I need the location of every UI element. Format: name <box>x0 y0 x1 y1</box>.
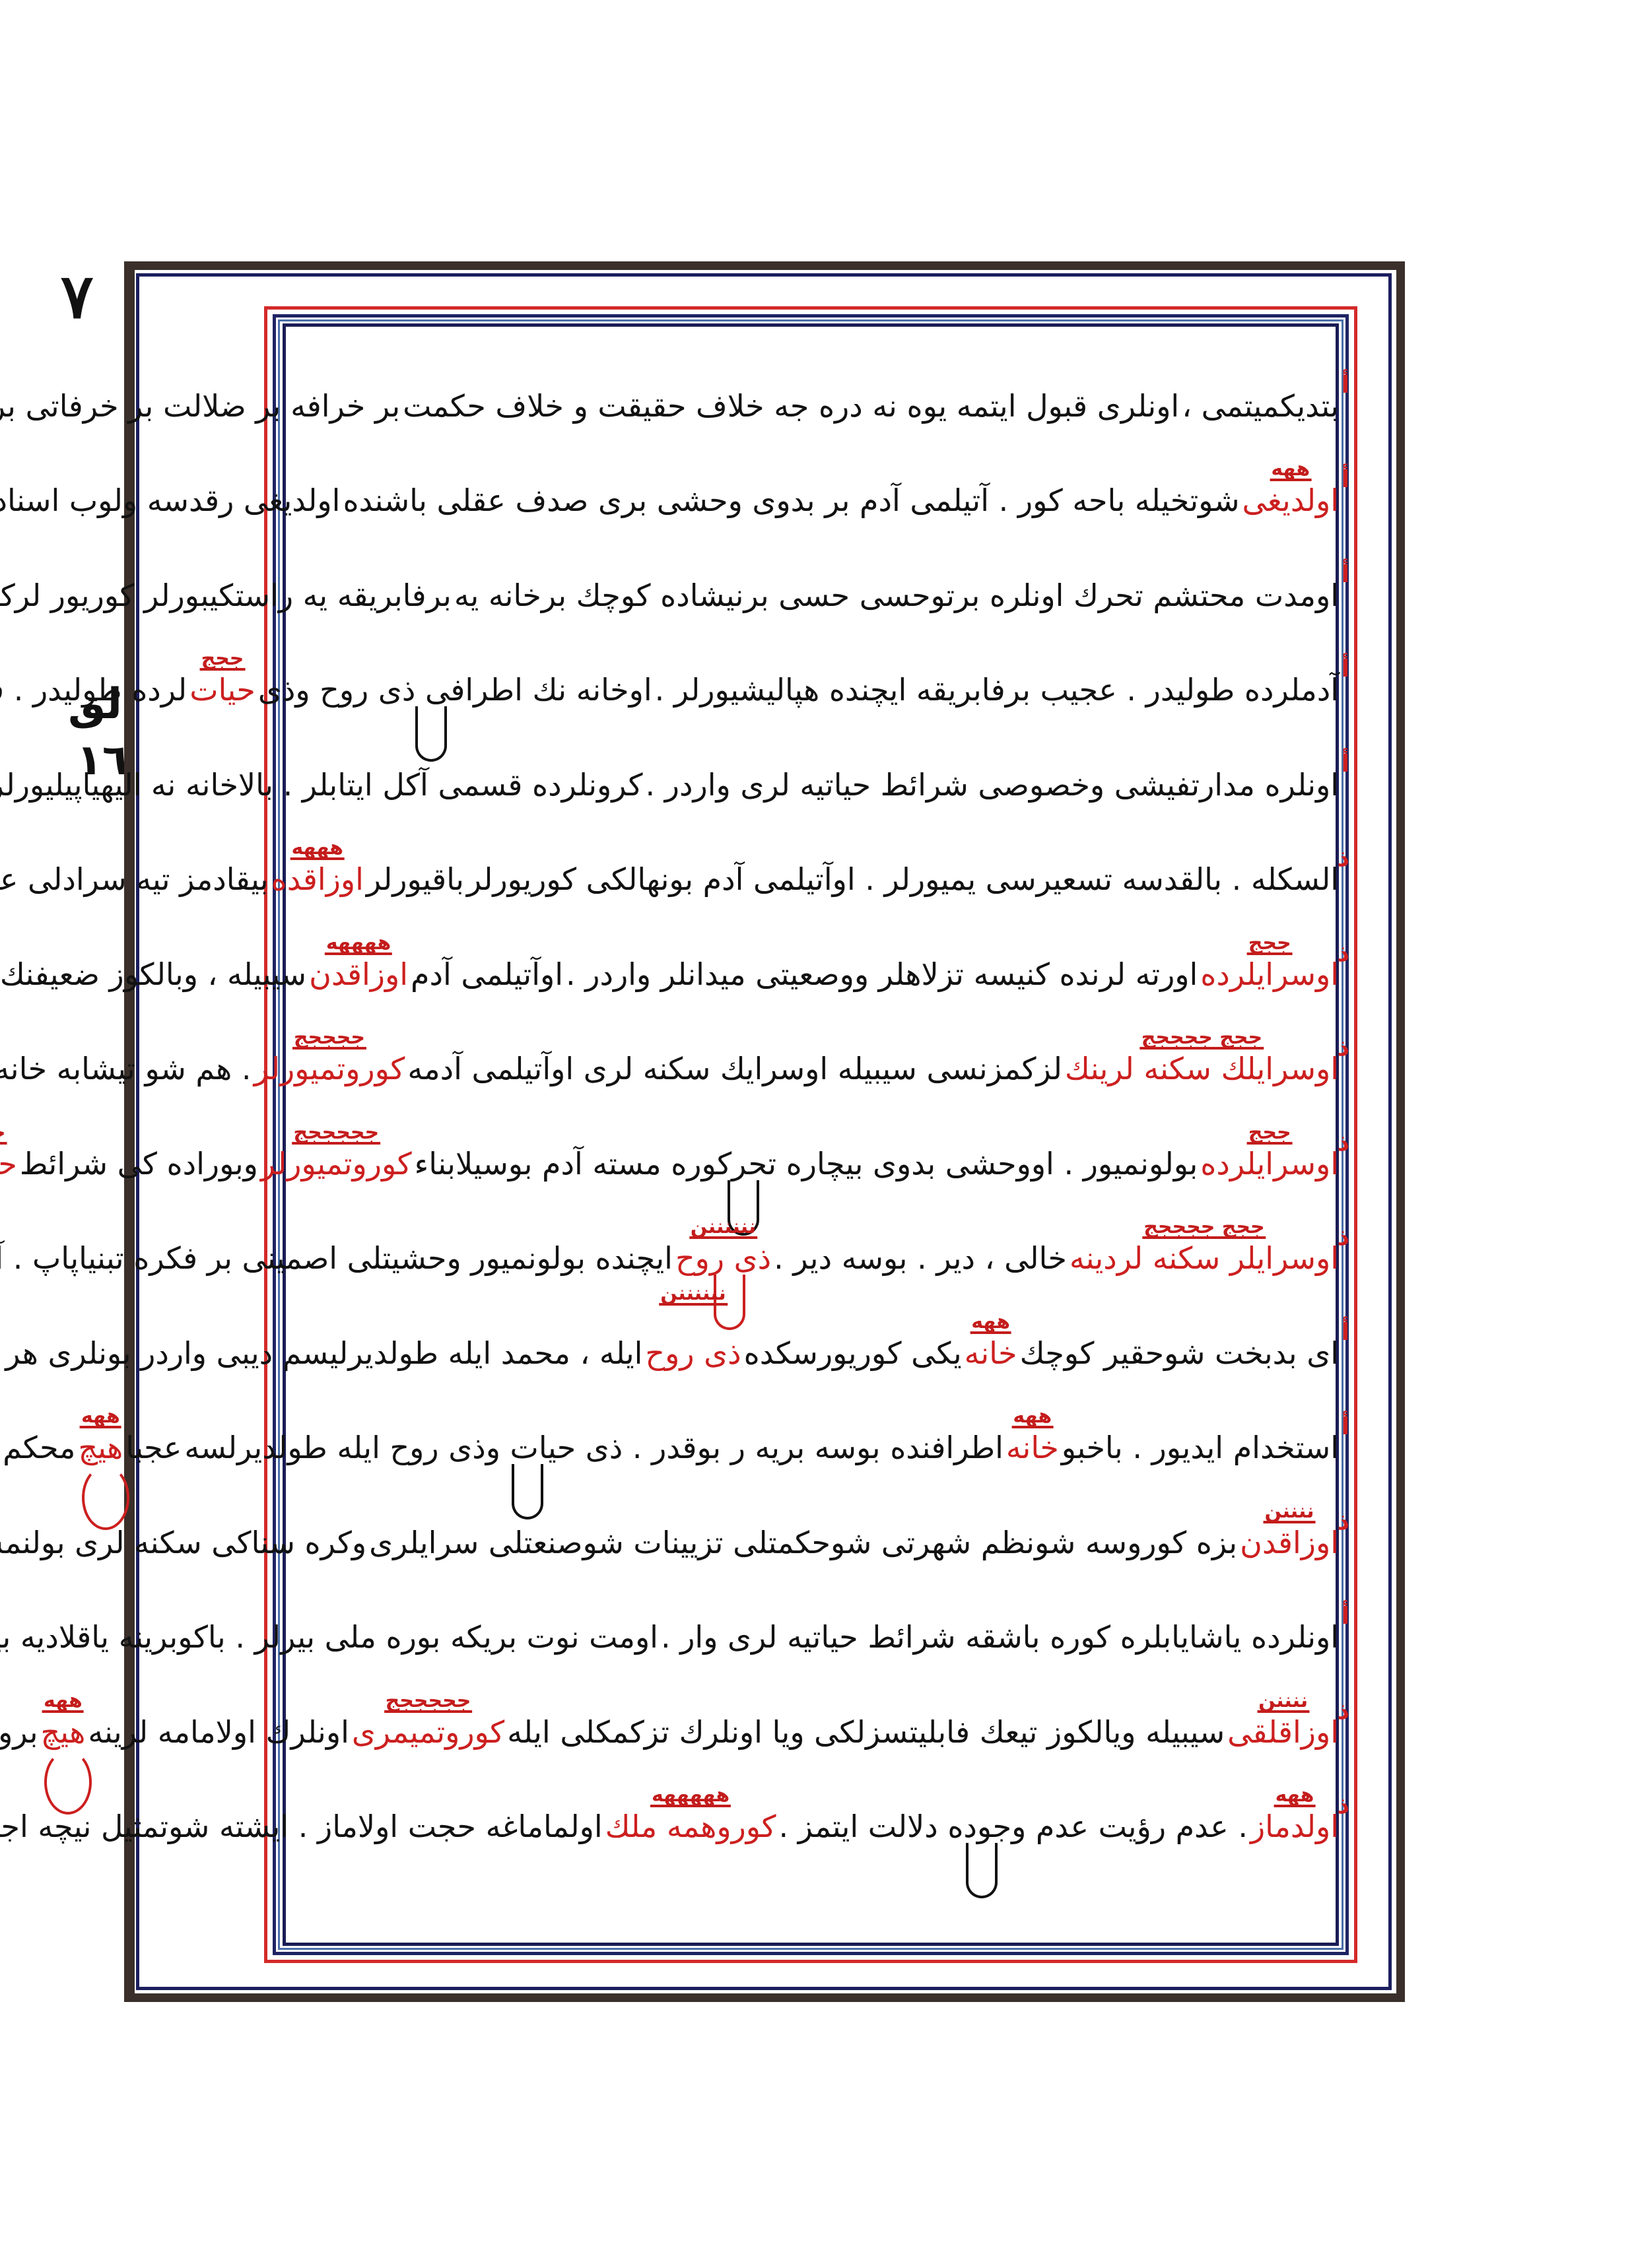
segment-text: اوزاقلقی <box>1227 1714 1339 1750</box>
segment-text: اوسرایلرده <box>1200 1146 1339 1182</box>
segment-text: لزکمزنسی سیبیله اوسرایك سکنه لری اوآتیلم… <box>407 1051 1062 1086</box>
segment-text: بتدیکمیتمی ، <box>1182 388 1339 424</box>
segment-text: حیات <box>189 672 255 708</box>
text-segment: خالی ، دیر . بوسه دیر . <box>772 1243 1068 1273</box>
segment-text: خانه <box>1006 1430 1059 1465</box>
text-segment: السکله . بالقدسه تسعیرسی یمیورلر . اوآتی… <box>465 864 1340 894</box>
text-line: اوسرایلردهذجججبولونمیور . اووحشی بدوی بی… <box>218 1101 1340 1196</box>
segment-text: اوزاقدن <box>1240 1525 1339 1560</box>
rubricated-word: اولدمازذههه <box>1249 1811 1340 1842</box>
segment-text: اوسرایلرده <box>1200 956 1339 992</box>
segment-text: سیبیله ، وبالکوز ضعیفنك کیلیله ویا <box>0 956 306 992</box>
red-overline-ornament-icon: هههههه <box>650 1786 731 1807</box>
red-line-marker-icon: ذ <box>1338 1036 1349 1060</box>
folio-number: ٧ <box>61 261 93 332</box>
red-line-marker-icon: أ <box>1342 468 1349 492</box>
rubricated-word: اوسرایلك سکنه لرینكذججج ججججج <box>1064 1053 1340 1084</box>
text-line-content: بتدیکمیتمی ،أاونلری قبول ایتمه یوه نه در… <box>218 391 1340 421</box>
red-line-marker-icon: أ <box>1342 1321 1349 1345</box>
text-segment: اونلره مدارتفیشی وخصوصی شرائط حیاتیه لری… <box>644 770 1340 800</box>
rubricated-word: اوسرایلردهذججج <box>1199 1149 1340 1179</box>
rubricated-word: کوروتمیمریجججججج <box>351 1717 506 1747</box>
rubricated-word: کوروتمیورلرججججج <box>253 1053 407 1084</box>
segment-text: کرونلرده قسمی آکل ایتابلر . بالاخانه نه … <box>0 767 643 803</box>
red-overline-ornament-icon: ججج <box>0 1123 7 1145</box>
segment-text: بزه کوروسه شونظم شهرتی شوحکمتلی تزیینات … <box>369 1525 1237 1560</box>
manuscript-text-block: بتدیکمیتمی ،أاونلری قبول ایتمه یوه نه در… <box>218 343 1340 1859</box>
segment-text: بولونمیور . اووحشی بدوی بیچاره تحرکوره م… <box>415 1146 1198 1182</box>
segment-text: کوروتمیورلر <box>261 1146 412 1182</box>
segment-text: آدملرده طولیدر . عجیب برفابریقه ایچنده ه… <box>655 672 1339 708</box>
text-segment: لزکمزنسی سیبیله اوسرایك سکنه لری اوآتیلم… <box>406 1053 1064 1084</box>
red-line-marker-icon: ذ <box>1338 1700 1349 1723</box>
segment-text: اوسرایلك سکنه لرینك <box>1065 1051 1339 1086</box>
red-overline-ornament-icon: ججج <box>1247 934 1293 955</box>
segment-text: ای بدبخت شوحقیر کوچك <box>1020 1335 1339 1371</box>
text-line-content: اولدیغیأهههشوتخیله باحه کور . آتیلمی آدم… <box>218 485 1340 516</box>
segment-text: وکره سناکی سکنه لری بولنمسه ایله اوسرایل… <box>0 1525 366 1560</box>
red-overline-ornament-icon: جججججج <box>292 1123 380 1145</box>
text-segment: بروقت دلیل <box>0 1717 40 1747</box>
text-segment: سیبیله ویالکوز تیعك فابلیتسزلکی ویا اونل… <box>506 1717 1226 1747</box>
red-overline-ornament-icon: جججججج <box>384 1692 473 1713</box>
text-segment: ایله ، محمد ایله طولدیرلیسم دیبی واردر ب… <box>0 1338 644 1368</box>
segment-text: اونلرك اولامامه لرینه <box>88 1714 349 1750</box>
segment-text: السکله . بالقدسه تسعیرسی یمیورلر . اوآتی… <box>467 861 1339 897</box>
rubricated-word: ذی روحننننننن <box>674 1243 772 1273</box>
segment-text: هیچ <box>41 1714 86 1750</box>
text-line: اومدت محتشم تحرك اونلره برتوحسی حسی برنی… <box>218 533 1340 628</box>
red-overline-ornament-icon: ججج ججججج <box>1140 1028 1264 1050</box>
red-overline-ornament-icon: ههه <box>1011 1407 1053 1428</box>
segment-text: اولدیغی رقدسه ولوب اسنادبولنمی جسمانی بر… <box>0 483 340 518</box>
rubricated-word: اولدیغیأههه <box>1241 485 1341 516</box>
segment-text: استخدام ایدیور . باخبو <box>1062 1430 1339 1465</box>
text-line: السکله . بالقدسه تسعیرسی یمیورلر . اوآتی… <box>218 817 1340 912</box>
text-segment: وبوراده کی شرائط <box>18 1149 259 1179</box>
text-line-content: اوسرایلك سکنه لرینكذججج جججججلزکمزنسی سی… <box>218 1053 1340 1084</box>
red-line-marker-icon: أ <box>1342 374 1349 397</box>
text-line-content: اولدمازذههه. عدم رؤیت عدم وجوده دلالت ای… <box>218 1811 1340 1842</box>
text-segment: باقیورلر <box>365 864 465 894</box>
text-segment: اونلرك اولامامه لرینه <box>86 1717 351 1747</box>
segment-text: اوخانه نك اطرافی ذی روح وذی <box>258 672 652 708</box>
red-overline-ornament-icon: ننننننن <box>689 1218 758 1239</box>
red-overline-ornament-icon: ججج ججججج <box>1142 1218 1266 1239</box>
descender-loop-stroke-icon <box>966 1843 998 1898</box>
segment-text: ذی روح <box>645 1335 741 1371</box>
text-segment: اطرافنده بوسه بریه ر بوقدر . ذی حیات وذی… <box>183 1432 1005 1463</box>
text-line: اونلرده یاشایابلره کوره باشقه شرائط حیات… <box>218 1575 1340 1670</box>
red-overline-ornament-icon: ههه <box>80 1407 121 1428</box>
segment-text: اولدماز <box>1250 1809 1339 1844</box>
text-line: اوسرایلردهذجججاورته لرنده کنیسه تزلاهلر … <box>218 912 1340 1007</box>
red-overline-ornament-icon: ههه <box>42 1692 84 1713</box>
segment-text: کوروهمه ملك <box>605 1809 776 1844</box>
text-line: استخدام ایدیور . باخبوأخانههههاطرافنده ب… <box>218 1385 1340 1481</box>
text-line-content: اوزاقلقیذنننننسیبیله ویالکوز تیعك فابلیت… <box>218 1717 1340 1747</box>
text-segment: اونلرده یاشایابلره کوره باشقه شرائط حیات… <box>660 1622 1340 1652</box>
text-line-content: اونلره مدارتفیشی وخصوصی شرائط حیاتیه لری… <box>218 770 1340 800</box>
segment-text: اونلرده یاشایابلره کوره باشقه شرائط حیات… <box>661 1619 1339 1655</box>
red-line-marker-icon: ذ <box>1338 1131 1349 1155</box>
segment-text: کوروتمیورلر <box>254 1051 405 1086</box>
red-line-marker-icon: ذ <box>1338 1226 1349 1250</box>
rubricated-word: خانهههه <box>963 1338 1019 1368</box>
segment-text: یکی کوریورسکده <box>744 1335 962 1371</box>
rubricated-word: کوروهمه ملكهههههه <box>604 1811 778 1842</box>
text-line: اوسرایلر سکنه لردینهذججج جججججخالی ، دیر… <box>218 1196 1340 1291</box>
segment-text: اوزاقده <box>271 861 364 897</box>
red-overline-ornament-icon: ههه <box>970 1313 1011 1334</box>
text-segment: بیقادمز تیه سرادلی عالی قصرلر کوروتوی . <box>0 864 270 894</box>
segment-text: اومدت محتشم تحرك اونلره برتوحسی حسی برنی… <box>454 578 1339 613</box>
text-segment: کرونلرده قسمی آکل ایتابلر . بالاخانه نه … <box>0 770 644 800</box>
text-line-content: آدملرده طولیدر . عجیب برفابریقه ایچنده ه… <box>218 675 1340 705</box>
text-line-content: ای بدبخت شوحقیر کوچكأخانههههیکی کوریورسک… <box>218 1338 1340 1368</box>
segment-text: اونلری قبول ایتمه یوه نه دره جه خلاف حقی… <box>403 388 1179 424</box>
segment-text: خانه <box>965 1335 1017 1371</box>
segment-text: لرده طولیدر . فقط <box>0 672 187 708</box>
text-line: اولدمازذههه. عدم رؤیت عدم وجوده دلالت ای… <box>218 1764 1340 1859</box>
red-overline-ornament-icon: ننننن <box>1264 1502 1316 1523</box>
text-segment: وکره سناکی سکنه لری بولنمسه ایله اوسرایل… <box>0 1527 368 1558</box>
segment-text: برفابریقه یه راستکیبورلر کوریور لرکه اوخ… <box>0 578 452 613</box>
segment-text: سیبیله ویالکوز تیعك فابلیتسزلکی ویا اونل… <box>507 1714 1225 1750</box>
text-segment: اونلری قبول ایتمه یوه نه دره جه خلاف حقی… <box>401 391 1180 421</box>
text-segment: اومدت محتشم تحرك اونلره برتوحسی حسی برنی… <box>453 580 1340 611</box>
text-line: اونلره مدارتفیشی وخصوصی شرائط حیاتیه لری… <box>218 722 1340 817</box>
segment-text: بروقت دلیل <box>0 1714 38 1750</box>
text-segment: . عدم رؤیت عدم وجوده دلالت ایتمز . <box>777 1811 1248 1842</box>
text-line-content: اوسرایلر سکنه لردینهذججج جججججخالی ، دیر… <box>218 1243 1340 1273</box>
text-line-content: السکله . بالقدسه تسعیرسی یمیورلر . اوآتی… <box>218 864 1340 894</box>
red-overline-ornament-icon: هههه <box>290 839 345 860</box>
text-segment: شوتخیله باحه کور . آتیلمی آدم بر بدوی وح… <box>341 485 1241 516</box>
text-segment: عجبا <box>124 1432 183 1463</box>
text-segment: . هم شو تیشابه خانه ده کی شرائط حیاتیه <box>0 1053 253 1084</box>
text-line: اوزاقلقیذنننننسیبیله ویالکوز تیعك فابلیت… <box>218 1669 1340 1764</box>
rubricated-word: حیاتججج <box>188 675 257 705</box>
segment-text: اوسرایلر سکنه لردینه <box>1070 1240 1339 1276</box>
red-circle-annotation-icon <box>82 1465 129 1530</box>
text-segment: ای بدبخت شوحقیر کوچكأ <box>1019 1338 1340 1368</box>
rubricated-word: اوزاقلقیذننننن <box>1226 1717 1340 1747</box>
segment-text: اولدیغی <box>1242 483 1340 518</box>
rubricated-word: اوسرایلردهذججج <box>1199 959 1340 989</box>
rubricated-word: کوروتمیورلرجججججج <box>259 1149 413 1179</box>
text-line: اوسرایلك سکنه لرینكذججج جججججلزکمزنسی سی… <box>218 1007 1340 1102</box>
rubricated-word: هیچههه <box>40 1717 87 1747</box>
red-overline-ornament-icon: ننننن <box>1257 1692 1309 1713</box>
segment-text: اومت نوت بریکه بوره ملی بیرلر . باکوبرین… <box>0 1619 658 1655</box>
text-line: آدملرده طولیدر . عجیب برفابریقه ایچنده ه… <box>218 628 1340 723</box>
text-segment: بولونمیور . اووحشی بدوی بیچاره تحرکوره م… <box>413 1149 1200 1179</box>
red-line-marker-icon: أ <box>1342 563 1349 587</box>
text-line-content: اوسرایلردهذجججبولونمیور . اووحشی بدوی بی… <box>218 1149 1340 1179</box>
text-segment: اوآتیلمی آدم <box>409 959 564 989</box>
text-segment: اولماماغه حجت اولاماز . ایشته شوتمثیل نی… <box>0 1811 604 1842</box>
text-line-content: استخدام ایدیور . باخبوأخانههههاطرافنده ب… <box>218 1432 1340 1463</box>
segment-text: خالی ، دیر . بوسه دیر . <box>774 1240 1067 1276</box>
red-line-marker-icon: ذ <box>1338 847 1349 871</box>
text-segment: برفابریقه یه راستکیبورلر کوریور لرکه اوخ… <box>0 580 453 611</box>
segment-text: اونلره مدارتفیشی وخصوصی شرائط حیاتیه لری… <box>646 767 1339 803</box>
red-overline-ornament-icon: ههه <box>1270 460 1311 481</box>
text-line-content: اوزاقدنذنننننبزه کوروسه شونظم شهرتی شوحک… <box>218 1527 1340 1558</box>
red-overline-ornament-icon: ججج <box>200 650 246 671</box>
rubricated-word: حیاتججج <box>0 1149 18 1179</box>
text-segment: لرده طولیدر . فقط <box>0 675 188 705</box>
text-line: اولدیغیأهههشوتخیله باحه کور . آتیلمی آدم… <box>218 438 1340 533</box>
red-line-marker-icon: ذ <box>1338 942 1349 966</box>
red-overline-ornament-icon: ههههه <box>325 934 392 955</box>
red-line-marker-icon: أ <box>1342 1605 1349 1628</box>
text-segment: یکی کوریورسکده <box>743 1338 963 1368</box>
text-line: ای بدبخت شوحقیر کوچكأخانههههیکی کوریورسک… <box>218 1290 1340 1385</box>
rubricated-word: هیچههه <box>77 1432 124 1463</box>
text-segment: استخدام ایدیور . باخبوأ <box>1060 1432 1340 1463</box>
segment-text: . عدم رؤیت عدم وجوده دلالت ایتمز . <box>778 1809 1247 1844</box>
red-overline-ornament-icon: ههه <box>1274 1786 1316 1807</box>
segment-text: محکم تخلیه بیتیو <box>0 1430 75 1465</box>
text-segment: اوخانه نك اطرافی ذی روح وذی <box>257 675 654 705</box>
rubricated-word: اوزاقدنذننننن <box>1239 1527 1340 1558</box>
rubricated-word: ذی روحننننننن <box>644 1338 742 1368</box>
red-line-marker-icon: أ <box>1342 752 1349 776</box>
text-line: بتدیکمیتمی ،أاونلری قبول ایتمه یوه نه در… <box>218 343 1340 438</box>
text-line-content: اوسرایلردهذجججاورته لرنده کنیسه تزلاهلر … <box>218 959 1340 989</box>
segment-text: عجبا <box>125 1430 182 1465</box>
text-segment: اورته لرنده کنیسه تزلاهلر ووصعیتی میدانل… <box>564 959 1199 989</box>
segment-text: حیات <box>0 1146 17 1182</box>
text-segment: بزه کوروسه شونظم شهرتی شوحکمتلی تزیینات … <box>368 1527 1239 1558</box>
segment-text: بر خرافه بر ضلالت بر خرفاتی بر دیوانه لك <box>0 388 400 424</box>
rubricated-word: خانهههه <box>1005 1432 1060 1463</box>
segment-text: ایچنده بولونمیور وحشیتلی اصمینی بر فکره … <box>0 1240 673 1276</box>
text-segment: ایچنده بولونمیور وحشیتلی اصمینی بر فکره … <box>0 1243 674 1273</box>
segment-text: وبوراده کی شرائط <box>20 1146 258 1182</box>
segment-text: اورته لرنده کنیسه تزلاهلر ووصعیتی میدانل… <box>566 956 1198 992</box>
red-overline-ornament-icon: ننننننن <box>659 1284 728 1306</box>
rubricated-word: اوزاقدنههههه <box>308 959 409 989</box>
red-line-marker-icon: أ <box>1342 657 1349 681</box>
red-line-marker-icon: أ <box>1342 1415 1349 1439</box>
text-segment: بر خرافه بر ضلالت بر خرفاتی بر دیوانه لك <box>0 391 401 421</box>
red-overline-ornament-icon: ججج <box>1247 1123 1293 1145</box>
segment-text: ذی روح <box>675 1240 771 1276</box>
segment-text: هیچ <box>78 1430 123 1465</box>
segment-text: بیقادمز تیه سرادلی عالی قصرلر کوروتوی . <box>0 861 269 897</box>
segment-text: اطرافنده بوسه بریه ر بوقدر . ذی حیات وذی… <box>184 1430 1003 1465</box>
red-line-marker-icon: ذ <box>1338 1794 1349 1818</box>
rubricated-word: اوسرایلر سکنه لردینهذججج ججججج <box>1068 1243 1340 1273</box>
red-line-marker-icon: ذ <box>1338 1510 1349 1534</box>
segment-text: باقیورلر <box>366 861 464 897</box>
text-segment: محکم تخلیه بیتیو <box>0 1432 77 1463</box>
rubricated-word: اوزاقدههههه <box>270 864 365 894</box>
segment-text: شوتخیله باحه کور . آتیلمی آدم بر بدوی وح… <box>343 483 1239 518</box>
segment-text: اوزاقدن <box>309 956 408 992</box>
text-line-content: اونلرده یاشایابلره کوره باشقه شرائط حیات… <box>218 1622 1340 1652</box>
segment-text: اوآتیلمی آدم <box>411 956 563 992</box>
text-segment: بتدیکمیتمی ،أ <box>1180 391 1340 421</box>
red-circle-annotation-icon <box>44 1750 92 1815</box>
text-line: اوزاقدنذنننننبزه کوروسه شونظم شهرتی شوحک… <box>218 1480 1340 1575</box>
segment-text: ایله ، محمد ایله طولدیرلیسم دیبی واردر ب… <box>0 1335 642 1371</box>
text-line-content: اومدت محتشم تحرك اونلره برتوحسی حسی برنی… <box>218 580 1340 611</box>
segment-text: اولماماغه حجت اولاماز . ایشته شوتمثیل نی… <box>0 1809 603 1844</box>
text-segment: آدملرده طولیدر . عجیب برفابریقه ایچنده ه… <box>654 675 1340 705</box>
segment-text: کوروتمیمری <box>352 1714 504 1750</box>
red-overline-ornament-icon: ججججج <box>292 1028 366 1050</box>
text-segment: سیبیله ، وبالکوز ضعیفنك کیلیله ویا <box>0 959 308 989</box>
text-segment: اومت نوت بریکه بوره ملی بیرلر . باکوبرین… <box>0 1622 660 1652</box>
segment-text: . هم شو تیشابه خانه ده کی شرائط حیاتیه <box>0 1051 252 1086</box>
text-segment: اولدیغی رقدسه ولوب اسنادبولنمی جسمانی بر… <box>0 485 341 516</box>
